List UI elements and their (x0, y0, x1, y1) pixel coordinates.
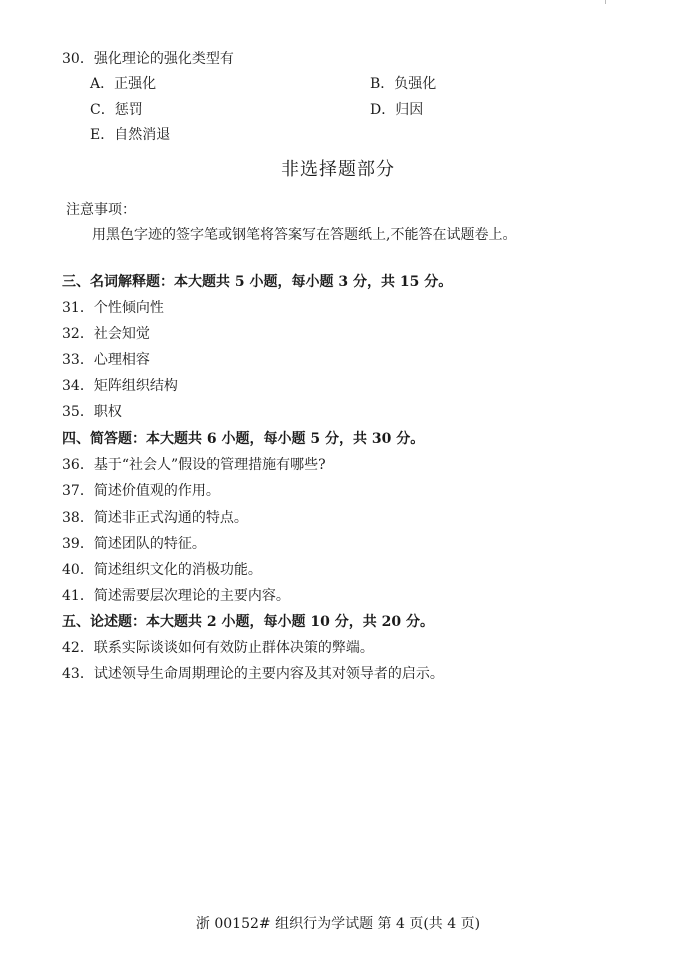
question-text: 基于“社会人”假设的管理措施有哪些? (94, 457, 326, 473)
question-text: 强化理论的强化类型有 (94, 51, 234, 67)
question-number: 31． (62, 299, 94, 317)
question-text: 职权 (94, 404, 122, 420)
option-text: 正强化 (114, 76, 156, 92)
page-footer: 浙 00152# 组织行为学试题 第 4 页(共 4 页) (0, 915, 676, 933)
option-text: 自然消退 (114, 127, 170, 143)
question-number: 35． (62, 403, 94, 421)
question-31: 31．个性倾向性 (62, 299, 164, 317)
question-38: 38．简述非正式沟通的特点。 (62, 509, 248, 527)
question-40: 40．简述组织文化的消极功能。 (62, 561, 262, 579)
question-37: 37．简述价值观的作用。 (62, 482, 220, 500)
option-label: C． (90, 102, 115, 118)
option-c: C．惩罚 (90, 101, 143, 119)
section-heading-5: 五、论述题：本大题共 2 小题，每小题 10 分，共 20 分。 (62, 613, 434, 631)
question-text: 简述价值观的作用。 (94, 483, 220, 499)
question-number: 39． (62, 535, 94, 553)
question-text: 简述组织文化的消极功能。 (94, 562, 262, 578)
question-33: 33．心理相容 (62, 351, 150, 369)
question-36: 36．基于“社会人”假设的管理措施有哪些? (62, 456, 326, 474)
question-number: 41． (62, 587, 94, 605)
option-text: 惩罚 (115, 102, 143, 118)
question-number: 37． (62, 482, 94, 500)
question-text: 社会知觉 (94, 326, 150, 342)
question-39: 39．简述团队的特征。 (62, 535, 206, 553)
question-35: 35．职权 (62, 403, 122, 421)
option-label: E． (90, 127, 114, 143)
option-e: E．自然消退 (90, 126, 170, 144)
notice-text: 用黑色字迹的签字笔或钢笔将答案写在答题纸上,不能答在试题卷上。 (92, 226, 516, 244)
section-heading-3: 三、名词解释题：本大题共 5 小题，每小题 3 分，共 15 分。 (62, 273, 452, 291)
option-text: 负强化 (394, 76, 436, 92)
question-text: 心理相容 (94, 352, 150, 368)
notice-label: 注意事项： (66, 201, 136, 219)
question-text: 试述领导生命周期理论的主要内容及其对领导者的启示。 (94, 666, 444, 682)
section-title: 非选择题部分 (0, 159, 676, 181)
question-number: 36． (62, 456, 94, 474)
question-42: 42．联系实际谈谈如何有效防止群体决策的弊端。 (62, 639, 374, 657)
question-text: 矩阵组织结构 (94, 378, 178, 394)
question-41: 41．简述需要层次理论的主要内容。 (62, 587, 290, 605)
question-32: 32．社会知觉 (62, 325, 150, 343)
question-number: 34． (62, 377, 94, 395)
section-heading-4: 四、简答题：本大题共 6 小题，每小题 5 分，共 30 分。 (62, 430, 424, 448)
option-label: A． (90, 76, 114, 92)
question-number: 40． (62, 561, 94, 579)
question-text: 简述团队的特征。 (94, 536, 206, 552)
option-b: B．负强化 (370, 75, 436, 93)
question-text: 联系实际谈谈如何有效防止群体决策的弊端。 (94, 640, 374, 656)
option-label: D． (370, 102, 395, 118)
question-number: 43． (62, 665, 94, 683)
question-number: 32． (62, 325, 94, 343)
question-text: 简述非正式沟通的特点。 (94, 510, 248, 526)
scan-mark (605, 0, 606, 4)
option-text: 归因 (395, 102, 423, 118)
option-label: B． (370, 76, 394, 92)
option-d: D．归因 (370, 101, 423, 119)
question-43: 43．试述领导生命周期理论的主要内容及其对领导者的启示。 (62, 665, 444, 683)
question-text: 个性倾向性 (94, 300, 164, 316)
option-a: A．正强化 (90, 75, 156, 93)
question-number: 30． (62, 50, 94, 68)
question-34: 34．矩阵组织结构 (62, 377, 178, 395)
question-number: 38． (62, 509, 94, 527)
question-number: 42． (62, 639, 94, 657)
question-30: 30．强化理论的强化类型有 (62, 50, 234, 68)
question-text: 简述需要层次理论的主要内容。 (94, 588, 290, 604)
question-number: 33． (62, 351, 94, 369)
